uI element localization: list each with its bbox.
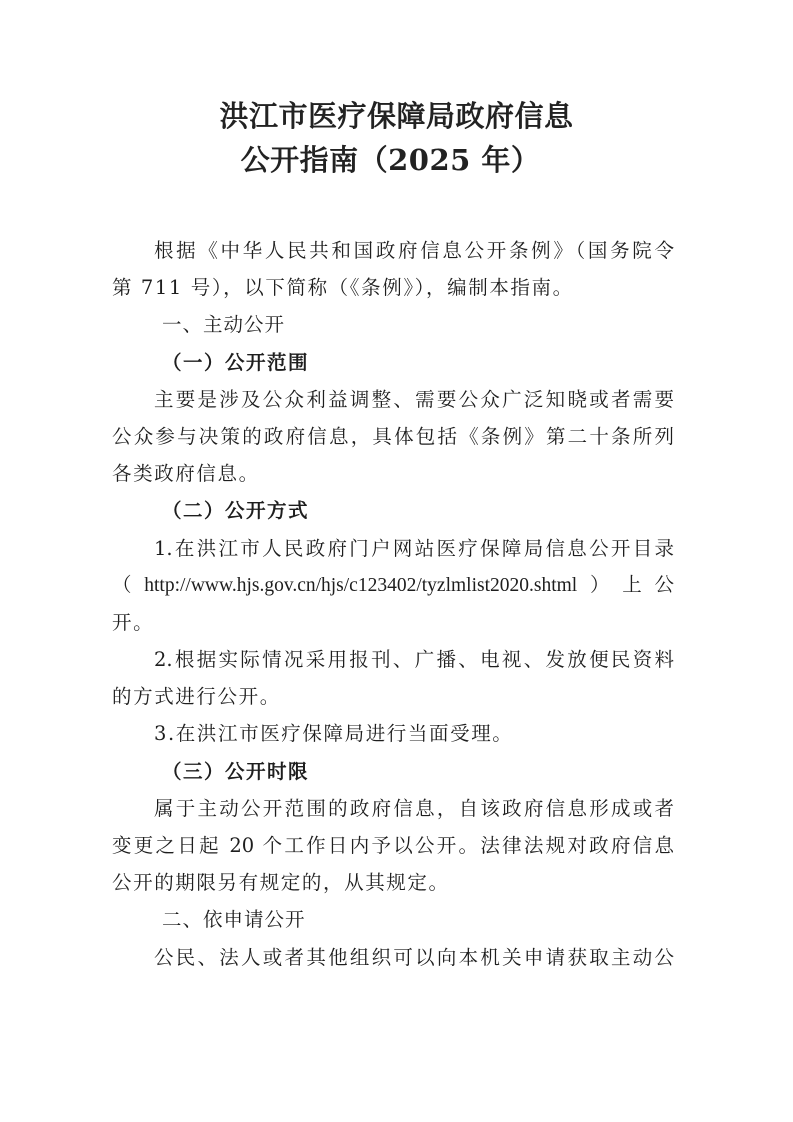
method-2-line-1: 2.根据实际情况采用报刊、广播、电视、发放便民资料	[112, 641, 674, 678]
subsection-heading-methods: （二）公开方式	[112, 492, 674, 529]
time-limit-line-2: 变更之日起 20 个工作日内予以公开。法律法规对政府信息	[112, 827, 674, 864]
document-body: 根据《中华人民共和国政府信息公开条例》（国务院令 第 711 号），以下简称（《…	[112, 232, 674, 976]
scope-paragraph-line-1: 主要是涉及公众利益调整、需要公众广泛知晓或者需要	[112, 381, 674, 418]
method-2-line-2: 的方式进行公开。	[112, 678, 674, 715]
method-1-line-3: 开。	[112, 604, 674, 641]
section-heading-disclosure-on-request: 二、依申请公开	[112, 901, 674, 938]
method-3-line-1: 3.在洪江市医疗保障局进行当面受理。	[112, 715, 674, 752]
request-paragraph-line-1: 公民、法人或者其他组织可以向本机关申请获取主动公	[112, 939, 674, 976]
time-limit-line-3: 公开的期限另有规定的，从其规定。	[112, 864, 674, 901]
intro-paragraph-line-2: 第 711 号），以下简称（《条例》），编制本指南。	[112, 269, 674, 306]
intro-paragraph-line-1: 根据《中华人民共和国政府信息公开条例》（国务院令	[112, 232, 674, 269]
document-page: 洪江市医疗保障局政府信息 公开指南（2025 年） 根据《中华人民共和国政府信息…	[0, 0, 793, 1122]
document-title-line-2: 公开指南（2025 年）	[0, 146, 787, 175]
section-heading-proactive-disclosure: 一、主动公开	[112, 306, 674, 343]
document-title-line-1: 洪江市医疗保障局政府信息	[0, 102, 793, 131]
scope-paragraph-line-2: 公众参与决策的政府信息，具体包括《条例》第二十条所列	[112, 418, 674, 455]
method-1-url-line: （http://www.hjs.gov.cn/hjs/c123402/tyzlm…	[112, 567, 674, 604]
subsection-heading-time-limit: （三）公开时限	[112, 753, 674, 790]
method-1-line-1: 1.在洪江市人民政府门户网站医疗保障局信息公开目录	[112, 530, 674, 567]
subsection-heading-scope: （一）公开范围	[112, 344, 674, 381]
time-limit-line-1: 属于主动公开范围的政府信息，自该政府信息形成或者	[112, 790, 674, 827]
scope-paragraph-line-3: 各类政府信息。	[112, 455, 674, 492]
